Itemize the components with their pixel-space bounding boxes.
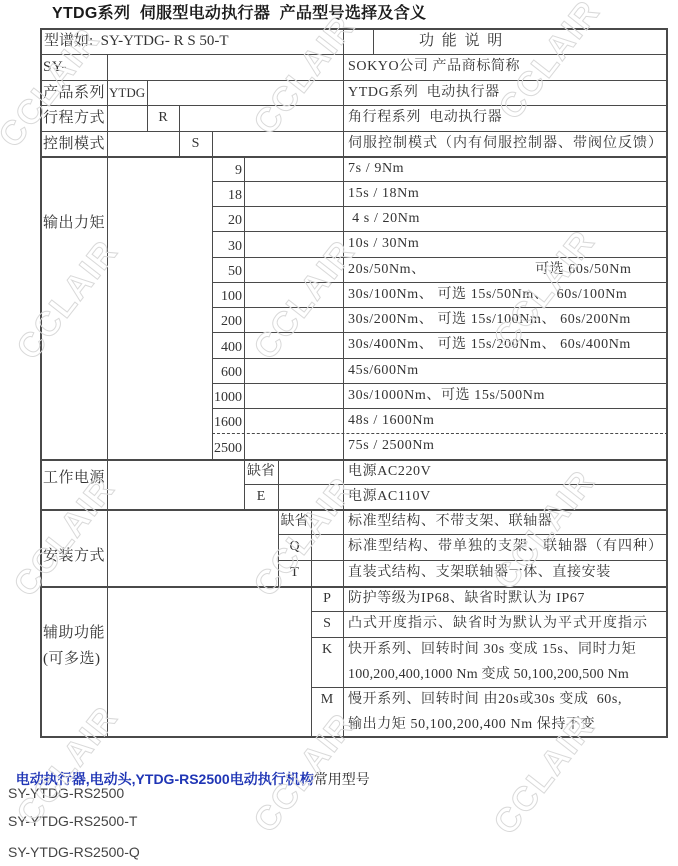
common-models-heading: 电动执行器,电动头,YTDG-RS2500电动执行机构常用型号	[8, 753, 370, 789]
mounting-label: 安装方式	[40, 543, 107, 568]
mounting-desc: 标准型结构、带单独的支架、联轴器（有四种）	[343, 534, 668, 560]
torque-desc: 45s/600Nm	[343, 358, 668, 383]
control-code: S	[179, 131, 212, 156]
auxiliary-desc: 防护等级为IP68、缺省时默认为 IP67	[343, 586, 668, 611]
torque-code: 30	[212, 231, 244, 257]
column-divider	[244, 156, 245, 509]
torque-code: 9	[212, 156, 244, 181]
torque-desc: 4 s / 20Nm	[343, 206, 668, 231]
torque-code: 2500	[212, 433, 244, 459]
auxiliary-desc: 慢开系列、回转时间 由20s或30s 变成 60s,	[343, 687, 668, 712]
torque-desc: 75s / 2500Nm	[343, 433, 668, 459]
auxiliary-code: S	[311, 611, 343, 637]
torque-desc: 20s/50Nm、 可选 60s/50Nm	[343, 257, 668, 282]
model-example-label: 型谱如:	[44, 33, 93, 49]
function-description-header: 功 能 说 明	[373, 28, 668, 54]
series-code: YTDG	[107, 80, 147, 105]
torque-desc: 30s/1000Nm、可选 15s/500Nm	[343, 383, 668, 408]
mounting-desc: 直装式结构、支架联轴器一体、直接安装	[343, 560, 668, 586]
torque-desc: 10s / 30Nm	[343, 231, 668, 257]
control-desc: 伺服控制模式（内有伺服控制器、带阀位反馈）	[343, 131, 668, 156]
brand-label: SY-	[40, 54, 107, 80]
torque-code: 100	[212, 282, 244, 307]
torque-desc: 7s / 9Nm	[343, 156, 668, 181]
mounting-code: Q	[278, 534, 311, 560]
series-label: 产品系列	[40, 80, 107, 105]
mounting-code: 缺省	[278, 509, 311, 534]
torque-code: 1000	[212, 383, 244, 408]
torque-desc: 48s / 1600Nm	[343, 408, 668, 433]
torque-code: 1600	[212, 408, 244, 433]
column-divider	[107, 54, 108, 737]
mounting-code: T	[278, 560, 311, 586]
torque-desc: 30s/100Nm、 可选 15s/50Nm、 60s/100Nm	[343, 282, 668, 307]
mounting-desc: 标准型结构、不带支架、联轴器	[343, 509, 668, 534]
auxiliary-desc-line2: 输出力矩 50,100,200,400 Nm 保持不变	[343, 712, 668, 737]
power-desc: 电源AC220V	[343, 459, 668, 484]
torque-code: 600	[212, 358, 244, 383]
torque-desc-main: 20s/50Nm、	[348, 262, 426, 278]
auxiliary-label: 辅助功能	[40, 620, 107, 645]
model-example-cell: 型谱如: SY-YTDG- R S 50-T	[40, 28, 343, 54]
power-code: 缺省	[244, 459, 278, 484]
torque-desc: 30s/200Nm、 可选 15s/100Nm、 60s/200Nm	[343, 307, 668, 332]
series-desc: YTDG系列 电动执行器	[343, 80, 668, 105]
page-title: YTDG系列 伺服型电动执行器 产品型号选择及含义	[52, 3, 426, 25]
auxiliary-sublabel: (可多选)	[40, 646, 107, 671]
brand-desc: SOKYO公司 产品商标简称	[343, 54, 668, 80]
auxiliary-desc: 快开系列、回转时间 30s 变成 15s、同时力矩	[343, 637, 668, 662]
model-item: SY-YTDG-RS2500	[8, 785, 124, 801]
power-code: E	[244, 484, 278, 509]
stroke-code: R	[147, 105, 179, 131]
torque-code: 200	[212, 307, 244, 332]
auxiliary-code: M	[311, 687, 343, 713]
power-desc: 电源AC110V	[343, 484, 668, 509]
auxiliary-code: P	[311, 586, 343, 611]
torque-code: 20	[212, 206, 244, 231]
model-item: SY-YTDG-RS2500-T	[8, 813, 137, 829]
stroke-label: 行程方式	[40, 105, 107, 131]
auxiliary-desc: 凸式开度指示、缺省时为默认为平式开度指示	[343, 611, 668, 637]
power-label: 工作电源	[40, 465, 107, 490]
torque-desc-optional: 可选 60s/50Nm	[535, 262, 631, 278]
control-label: 控制模式	[40, 131, 107, 156]
torque-desc: 15s / 18Nm	[343, 181, 668, 206]
torque-code: 400	[212, 332, 244, 358]
torque-label: 输出力矩	[40, 210, 107, 235]
model-item: SY-YTDG-RS2500-Q	[8, 844, 140, 860]
stroke-desc: 角行程系列 电动执行器	[343, 105, 668, 131]
torque-desc: 30s/400Nm、 可选 15s/200Nm、 60s/400Nm	[343, 332, 668, 358]
model-example-code: SY-YTDG- R S 50-T	[93, 33, 228, 49]
auxiliary-desc-line2: 100,200,400,1000 Nm 变成 50,100,200,500 Nm	[343, 662, 668, 687]
torque-code: 50	[212, 257, 244, 282]
auxiliary-code: K	[311, 637, 343, 663]
torque-code: 18	[212, 181, 244, 206]
common-models-suffix: 常用型号	[314, 771, 370, 787]
